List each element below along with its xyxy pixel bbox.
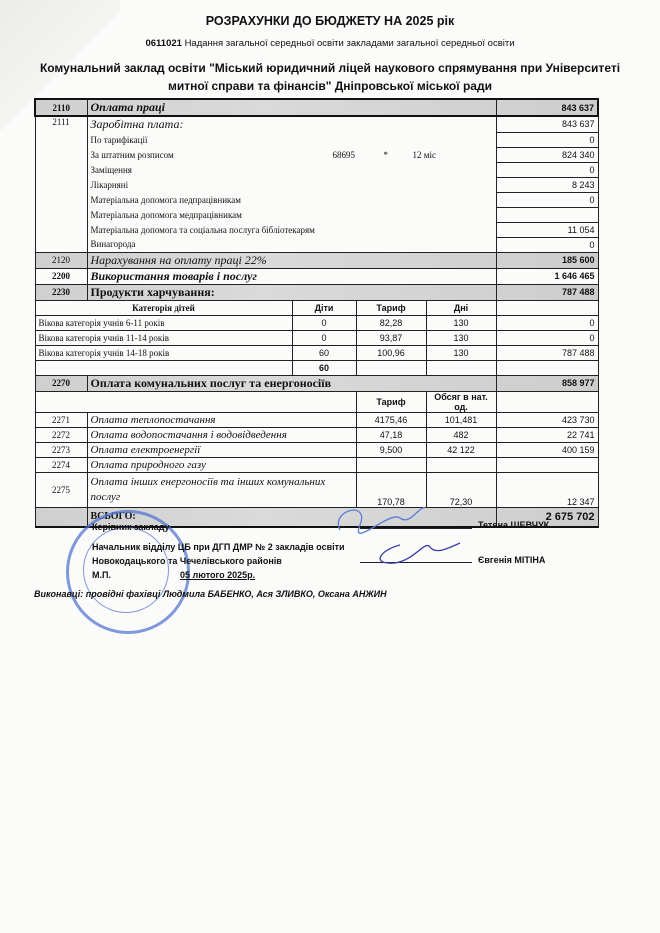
amount: 12 347 [496,472,598,507]
code: 2120 [35,252,87,268]
mp-label: М.П. [92,570,111,580]
empty-cell [496,391,598,412]
utility-row: 2274 Оплата природного газу [35,457,598,472]
amount: 0 [496,315,598,330]
utility-row: 2272 Оплата водопостачання і водовідведе… [35,427,598,442]
header-days: Дні [426,300,496,315]
days: 130 [426,315,496,330]
label: Заробітна плата: [87,116,496,132]
children-total: 60 [292,360,356,375]
amount: 22 741 [496,427,598,442]
food-total-row: 60 [35,360,598,375]
volume: 42 122 [426,442,496,457]
amount: 8 243 [496,177,598,192]
amount: 787 488 [496,284,598,300]
volume: 72,30 [426,472,496,507]
amount: 423 730 [496,412,598,427]
amount: 0 [496,237,598,252]
food-row: Вікова категорія учнів 11-14 років 0 93,… [35,330,598,345]
empty-cell [35,360,292,375]
category: Вікова категорія учнів 11-14 років [35,330,292,345]
code: 2200 [35,268,87,284]
days: 130 [426,330,496,345]
table-row: Винагорода0 [35,237,598,252]
row-2111: 2111 Заробітна плата: 843 637 [35,116,598,132]
code: 2271 [35,412,87,427]
volume [426,457,496,472]
amount: 843 637 [496,99,598,116]
amount: 11 054 [496,222,598,237]
code: 2273 [35,442,87,457]
row-2200: 2200 Використання товарів і послуг 1 646… [35,268,598,284]
row-2110: 2110 Оплата праці 843 637 [35,99,598,116]
table-row: За штатним розписом68695*12 міс824 340 [35,147,598,162]
category: Вікова категорія учнів 6-11 років [35,315,292,330]
children: 0 [292,330,356,345]
calc-op: * [384,150,389,160]
chief-name: Євгенія МІТІНА [478,555,545,565]
code: 2110 [35,99,87,116]
header-tariff: Тариф [356,391,426,412]
label: Оплата електроенергії [87,442,356,457]
empty-cell [496,360,598,375]
header-children: Діти [292,300,356,315]
code: 2230 [35,284,87,300]
amount: 185 600 [496,252,598,268]
chief-signature [370,535,470,570]
program-code: 0611021 [145,38,181,49]
empty-cell [426,360,496,375]
amount [496,207,598,222]
chief-label-line-2: Новокодацького та Чечелівського районів [92,556,282,566]
code: 2275 [35,472,87,507]
food-row: Вікова категорія учнів 14-18 років 60 10… [35,345,598,360]
label: Лікарняні [87,177,496,192]
table-row: Матеріальна допомога педпрацівникам0 [35,192,598,207]
amount: 1 646 465 [496,268,598,284]
executors-line: Виконавці: провідні фахівці Людмила БАБЕ… [34,589,387,599]
children: 60 [292,345,356,360]
utility-row: 2271 Оплата теплопостачання 4175,46 101,… [35,412,598,427]
label: Оплата водопостачання і водовідведення [87,427,356,442]
header-volume: Обсяг в нат. од. [426,391,496,412]
label: Продукти харчування: [87,284,496,300]
label-cell: За штатним розписом68695*12 міс [87,147,496,162]
table-row: Заміщення0 [35,162,598,177]
head-name: Тетяна ШЕВЧУК [478,520,549,530]
utility-header-row: Тариф Обсяг в нат. од. [35,391,598,412]
institution-name: Комунальний заклад освіти "Міський юриди… [0,59,660,95]
label: Оплата природного газу [87,457,356,472]
label: Матеріальна допомога медпрацівникам [87,207,496,222]
budget-table: 2110 Оплата праці 843 637 2111 Заробітна… [34,98,599,528]
empty-cell [35,391,356,412]
table-row: По тарифікації0 [35,132,598,147]
volume: 482 [426,427,496,442]
head-signature [330,500,430,540]
institution-line-1: Комунальний заклад освіти "Міський юриди… [0,59,660,77]
code: 2270 [35,375,87,391]
empty-cell [35,507,87,527]
table-row: Матеріальна допомога та соціальна послуг… [35,222,598,237]
label: Матеріальна допомога педпрацівникам [87,192,496,207]
amount: 787 488 [496,345,598,360]
tariff [356,457,426,472]
label: Оплата праці [87,99,496,116]
table-row: Матеріальна допомога медпрацівникам [35,207,598,222]
tariff: 47,18 [356,427,426,442]
calc-a: 68695 [333,150,356,160]
label: Заміщення [87,162,496,177]
label: По тарифікації [87,132,496,147]
calc-b: 12 міс [413,150,436,160]
utility-row: 2273 Оплата електроенергії 9,500 42 122 … [35,442,598,457]
document-title: РОЗРАХУНКИ ДО БЮДЖЕТУ НА 2025 рік [0,14,660,28]
empty-cell [356,360,426,375]
label: Використання товарів і послуг [87,268,496,284]
tariff: 93,87 [356,330,426,345]
label: Винагорода [87,237,496,252]
amount: 858 977 [496,375,598,391]
label: Оплата теплопостачання [87,412,356,427]
amount: 824 340 [496,147,598,162]
label: Матеріальна допомога та соціальна послуг… [87,222,496,237]
amount [496,457,598,472]
days: 130 [426,345,496,360]
signing-date: 05 лютого 2025р. [180,570,255,580]
amount: 0 [496,132,598,147]
tariff: 9,500 [356,442,426,457]
row-2120: 2120 Нарахування на оплату праці 22% 185… [35,252,598,268]
table-row: Лікарняні8 243 [35,177,598,192]
row-2270: 2270 Оплата комунальних послуг та енерго… [35,375,598,391]
header-tariff: Тариф [356,300,426,315]
tariff: 4175,46 [356,412,426,427]
amount: 400 159 [496,442,598,457]
utility-row: 2275 Оплата інших енергоносіїв та інших … [35,472,598,507]
code: 2272 [35,427,87,442]
header-category: Категорія дітей [35,300,292,315]
children: 0 [292,315,356,330]
label: Нарахування на оплату праці 22% [87,252,496,268]
code: 2274 [35,457,87,472]
amount: 843 637 [496,116,598,132]
amount: 0 [496,330,598,345]
amount: 0 [496,192,598,207]
code: 2111 [35,116,87,252]
program-name: Надання загальної середньої освіти закла… [185,38,515,49]
food-header-row: Категорія дітей Діти Тариф Дні [35,300,598,315]
label: Оплата комунальних послуг та енергоносії… [87,375,496,391]
institution-line-2: митної справи та фінансів" Дніпровської … [0,77,660,95]
row-2230: 2230 Продукти харчування: 787 488 [35,284,598,300]
program-line: 0611021 Надання загальної середньої осві… [0,38,660,49]
category: Вікова категорія учнів 14-18 років [35,345,292,360]
food-row: Вікова категорія учнів 6-11 років 0 82,2… [35,315,598,330]
head-label: Керівник закладу [92,522,170,532]
chief-label-line-1: Начальник відділу ЦБ при ДГП ДМР № 2 зак… [92,542,345,552]
tariff: 82,28 [356,315,426,330]
volume: 101,481 [426,412,496,427]
label: За штатним розписом [91,150,174,160]
empty-cell [496,300,598,315]
amount: 0 [496,162,598,177]
label: Оплата інших енергоносіїв та інших комун… [87,472,356,507]
tariff: 100,96 [356,345,426,360]
